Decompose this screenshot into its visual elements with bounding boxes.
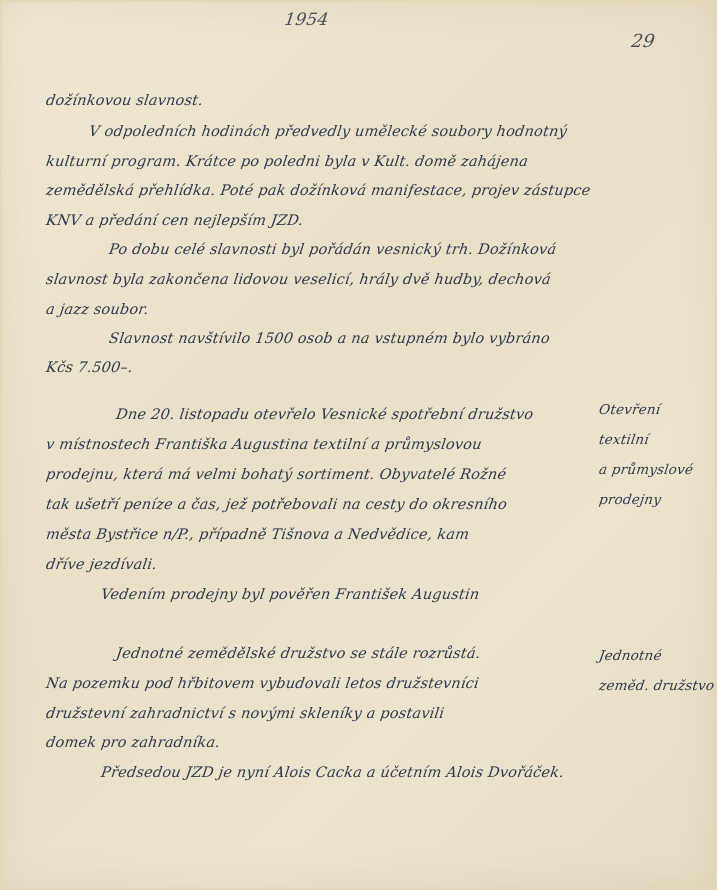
text-line: tak ušetří peníze a čas, jež potřebovali…	[45, 497, 508, 513]
text-line: Předsedou JZD je nyní Alois Cacka a účet…	[100, 765, 565, 781]
margin-note-line: textilní	[598, 432, 650, 448]
text-line: družstevní zahradnictví s novými skleník…	[45, 706, 445, 722]
text-line: Dne 20. listopadu otevřelo Vesnické spot…	[115, 407, 534, 423]
text-line: Kčs 7.500–.	[45, 360, 134, 376]
text-line: v místnostech Františka Augustina textil…	[45, 437, 483, 453]
page-number: 29	[630, 31, 656, 52]
text-line: Jednotné zemědělské družstvo se stále ro…	[115, 646, 482, 662]
text-line: Slavnost navštívilo 1500 osob a na vstup…	[108, 331, 551, 347]
margin-note-line: Jednotné	[598, 648, 663, 664]
text-line: města Bystřice n/P., případně Tišnova a …	[45, 527, 470, 543]
text-line: V odpoledních hodinách předvedly uměleck…	[88, 124, 568, 140]
text-line: kulturní program. Krátce po poledni byla…	[45, 154, 529, 170]
text-line: zemědělská přehlídka. Poté pak dožínková…	[45, 183, 592, 199]
text-line: Na pozemku pod hřbitovem vybudovali leto…	[45, 676, 480, 692]
text-line: KNV a předání cen nejlepším JZD.	[45, 213, 304, 229]
text-line: Vedením prodejny byl pověřen František A…	[100, 587, 481, 603]
text-line: dožínkovou slavnost.	[45, 93, 204, 109]
margin-note-line: Otevření	[598, 402, 661, 418]
text-line: prodejnu, která má velmi bohatý sortimen…	[45, 467, 507, 483]
year-heading: 1954	[283, 10, 330, 30]
text-line: domek pro zahradníka.	[45, 735, 221, 751]
text-line: a jazz soubor.	[45, 302, 150, 318]
margin-note-line: a průmyslové	[598, 462, 694, 478]
margin-note-line: prodejny	[598, 492, 662, 508]
text-line: Po dobu celé slavnosti byl pořádán vesni…	[108, 242, 557, 258]
text-line: dříve jezdívali.	[45, 557, 158, 573]
chronicle-page: 1954 29 dožínkovou slavnost.V odpoledníc…	[0, 0, 717, 890]
text-line: slavnost byla zakončena lidovou veselicí…	[45, 272, 552, 288]
margin-note-line: zeměd. družstvo	[598, 678, 715, 694]
